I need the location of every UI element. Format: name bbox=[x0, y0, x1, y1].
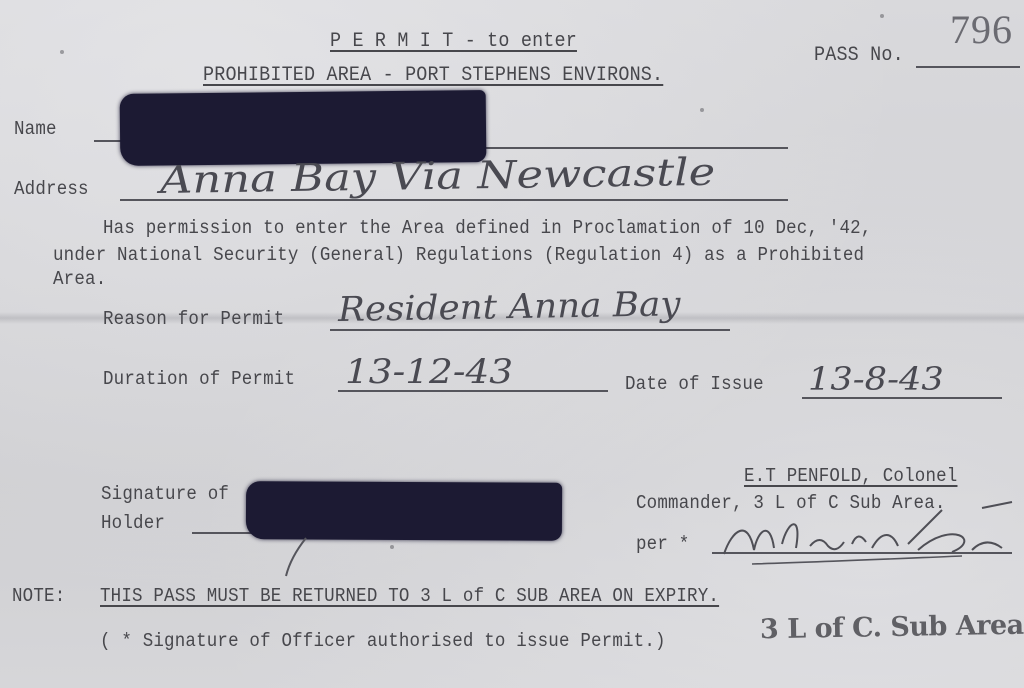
pass-number-value: 796 bbox=[950, 6, 1013, 53]
note-text: THIS PASS MUST BE RETURNED TO 3 L of C S… bbox=[100, 585, 719, 607]
pass-number-line bbox=[916, 66, 1020, 68]
holder-signature-line bbox=[192, 532, 252, 534]
permit-title: P E R M I T - to enter bbox=[330, 30, 577, 53]
sub-area-stamp: 3 L of C. Sub Area bbox=[760, 610, 1024, 646]
body-text-line-1: Has permission to enter the Area defined… bbox=[103, 217, 872, 239]
officer-signature bbox=[712, 500, 1022, 570]
pass-number-label: PASS No. bbox=[814, 44, 904, 67]
paper-speck bbox=[880, 14, 884, 18]
name-line bbox=[480, 147, 788, 149]
holder-signature-redaction bbox=[246, 481, 562, 541]
holder-signature-label-1: Signature of bbox=[101, 483, 229, 505]
duration-label: Duration of Permit bbox=[103, 368, 295, 390]
note-label: NOTE: bbox=[12, 585, 65, 607]
body-text-line-3: Area. bbox=[53, 268, 106, 290]
address-label: Address bbox=[14, 178, 89, 200]
reason-value: Resident Anna Bay bbox=[338, 284, 681, 330]
paper-speck bbox=[60, 50, 64, 54]
officer-name: E.T PENFOLD, Colonel bbox=[744, 465, 957, 487]
permit-subtitle: PROHIBITED AREA - PORT STEPHENS ENVIRONS… bbox=[203, 64, 663, 87]
paper-speck bbox=[390, 545, 394, 549]
footnote-text: ( * Signature of Officer authorised to i… bbox=[100, 630, 666, 652]
issue-date-value: 13-8-43 bbox=[808, 360, 944, 398]
duration-value: 13-12-43 bbox=[345, 352, 513, 392]
body-text-line-2: under National Security (General) Regula… bbox=[53, 244, 864, 266]
holder-signature-label-2: Holder bbox=[101, 512, 165, 534]
name-label: Name bbox=[14, 118, 57, 140]
per-label: per * bbox=[636, 533, 689, 555]
permit-document: P E R M I T - to enter PROHIBITED AREA -… bbox=[0, 0, 1024, 688]
address-value: Anna Bay Via Newcastle bbox=[160, 150, 716, 202]
signature-tail-stroke bbox=[280, 536, 310, 580]
issue-date-label: Date of Issue bbox=[625, 373, 764, 395]
reason-label: Reason for Permit bbox=[103, 308, 284, 330]
paper-speck bbox=[700, 108, 704, 112]
reason-line bbox=[330, 329, 730, 331]
